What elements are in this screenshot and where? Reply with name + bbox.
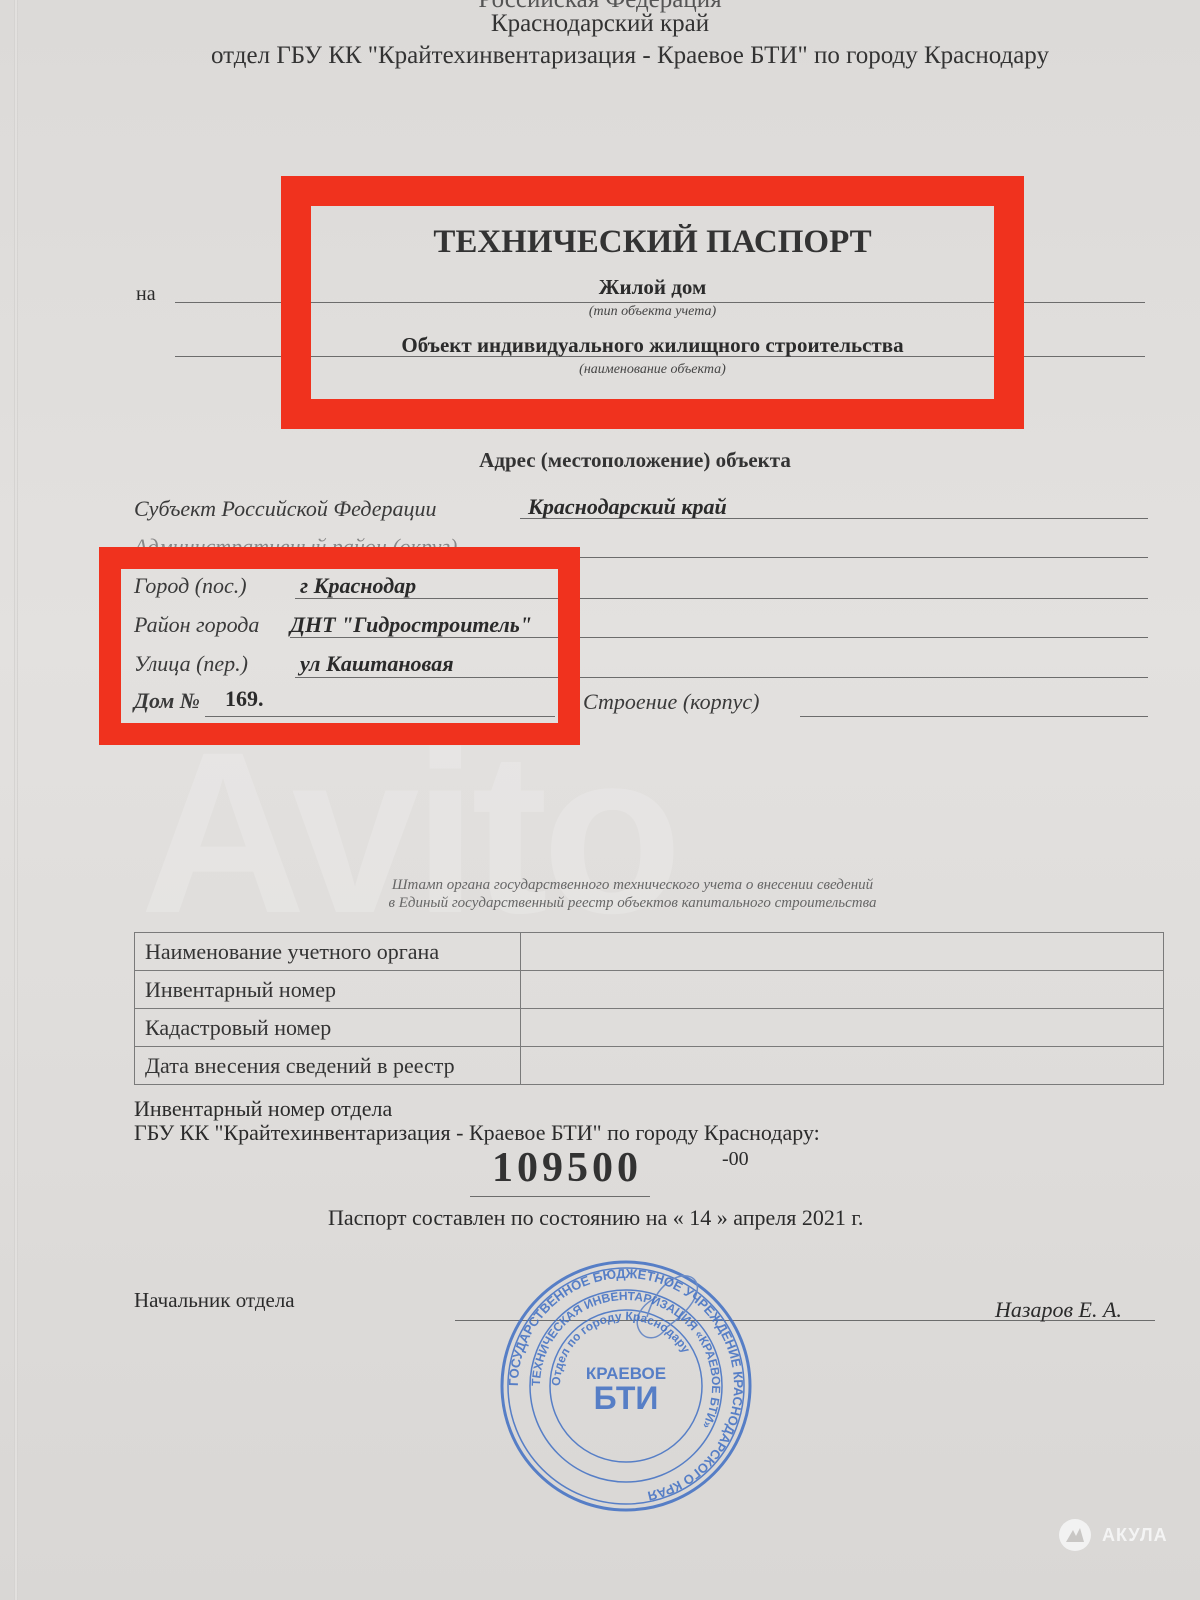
shark-logo-icon <box>1058 1518 1092 1552</box>
registry-value <box>521 933 1164 971</box>
signature-role: Начальник отдела <box>134 1288 295 1313</box>
registry-label: Кадастровый номер <box>135 1009 521 1047</box>
inventory-label-2: ГБУ КК "Крайтехинвентаризация - Краевое … <box>134 1120 820 1146</box>
house-value: 169. <box>225 686 264 712</box>
registry-label: Инвентарный номер <box>135 971 521 1009</box>
city-value: г Краснодар <box>300 573 416 599</box>
passport-date: Паспорт составлен по состоянию на « 14 »… <box>328 1205 863 1231</box>
akula-text: АКУЛА <box>1102 1525 1168 1546</box>
header-region: Краснодарский край <box>0 10 1200 38</box>
inventory-suffix: -00 <box>722 1148 749 1171</box>
object-name: Объект индивидуального жилищного строите… <box>281 333 1024 358</box>
registry-value <box>521 1009 1164 1047</box>
admin-underline <box>520 557 1148 558</box>
table-row: Наименование учетного органа <box>135 933 1164 971</box>
stamp-caption-2: в Единый государственный реестр объектов… <box>0 895 1200 912</box>
district-label: Район города <box>134 612 259 638</box>
na-prefix: на <box>136 283 156 306</box>
registry-value <box>521 1047 1164 1085</box>
street-value: ул Каштановая <box>300 651 454 677</box>
object-name-caption: (наименование объекта) <box>281 362 1024 378</box>
seal-center-main: БТИ <box>594 1380 659 1416</box>
table-row: Инвентарный номер <box>135 971 1164 1009</box>
subject-value: Краснодарский край <box>528 494 727 520</box>
header-department: отдел ГБУ КК "Крайтехинвентаризация - Кр… <box>30 42 1200 70</box>
street-label: Улица (пер.) <box>134 651 248 677</box>
subject-underline <box>520 518 1148 519</box>
city-label: Город (пос.) <box>134 573 247 599</box>
table-row: Кадастровый номер <box>135 1009 1164 1047</box>
inventory-underline <box>470 1196 650 1197</box>
registry-label: Наименование учетного органа <box>135 933 521 971</box>
inventory-number: 109500 <box>492 1144 642 1192</box>
highlight-box-title <box>281 176 1024 429</box>
building-label: Строение (корпус) <box>583 689 759 715</box>
akula-brand: АКУЛА <box>1058 1518 1168 1552</box>
document-title: ТЕХНИЧЕСКИЙ ПАСПОРТ <box>281 224 1024 261</box>
official-seal: ГОСУДАРСТВЕННОЕ БЮДЖЕТНОЕ УЧРЕЖДЕНИЕ КРА… <box>497 1257 755 1515</box>
subject-label: Субъект Российской Федерации <box>134 496 437 522</box>
building-underline <box>800 716 1148 717</box>
registry-label: Дата внесения сведений в реестр <box>135 1047 521 1085</box>
registry-value <box>521 971 1164 1009</box>
object-type: Жилой дом <box>281 275 1024 300</box>
table-row: Дата внесения сведений в реестр <box>135 1047 1164 1085</box>
address-heading: Адрес (местоположение) объекта <box>0 448 1200 473</box>
paper-fold <box>14 0 18 1600</box>
district-value: ДНТ "Гидростроитель" <box>290 612 532 638</box>
house-label: Дом № <box>134 688 200 714</box>
signature-name: Назаров Е. А. <box>995 1297 1122 1323</box>
registry-table: Наименование учетного органа Инвентарный… <box>134 932 1164 1085</box>
stamp-caption-1: Штамп органа государственного техническо… <box>0 877 1200 894</box>
object-type-caption: (тип объекта учета) <box>281 304 1024 320</box>
inventory-label-1: Инвентарный номер отдела <box>134 1096 392 1122</box>
